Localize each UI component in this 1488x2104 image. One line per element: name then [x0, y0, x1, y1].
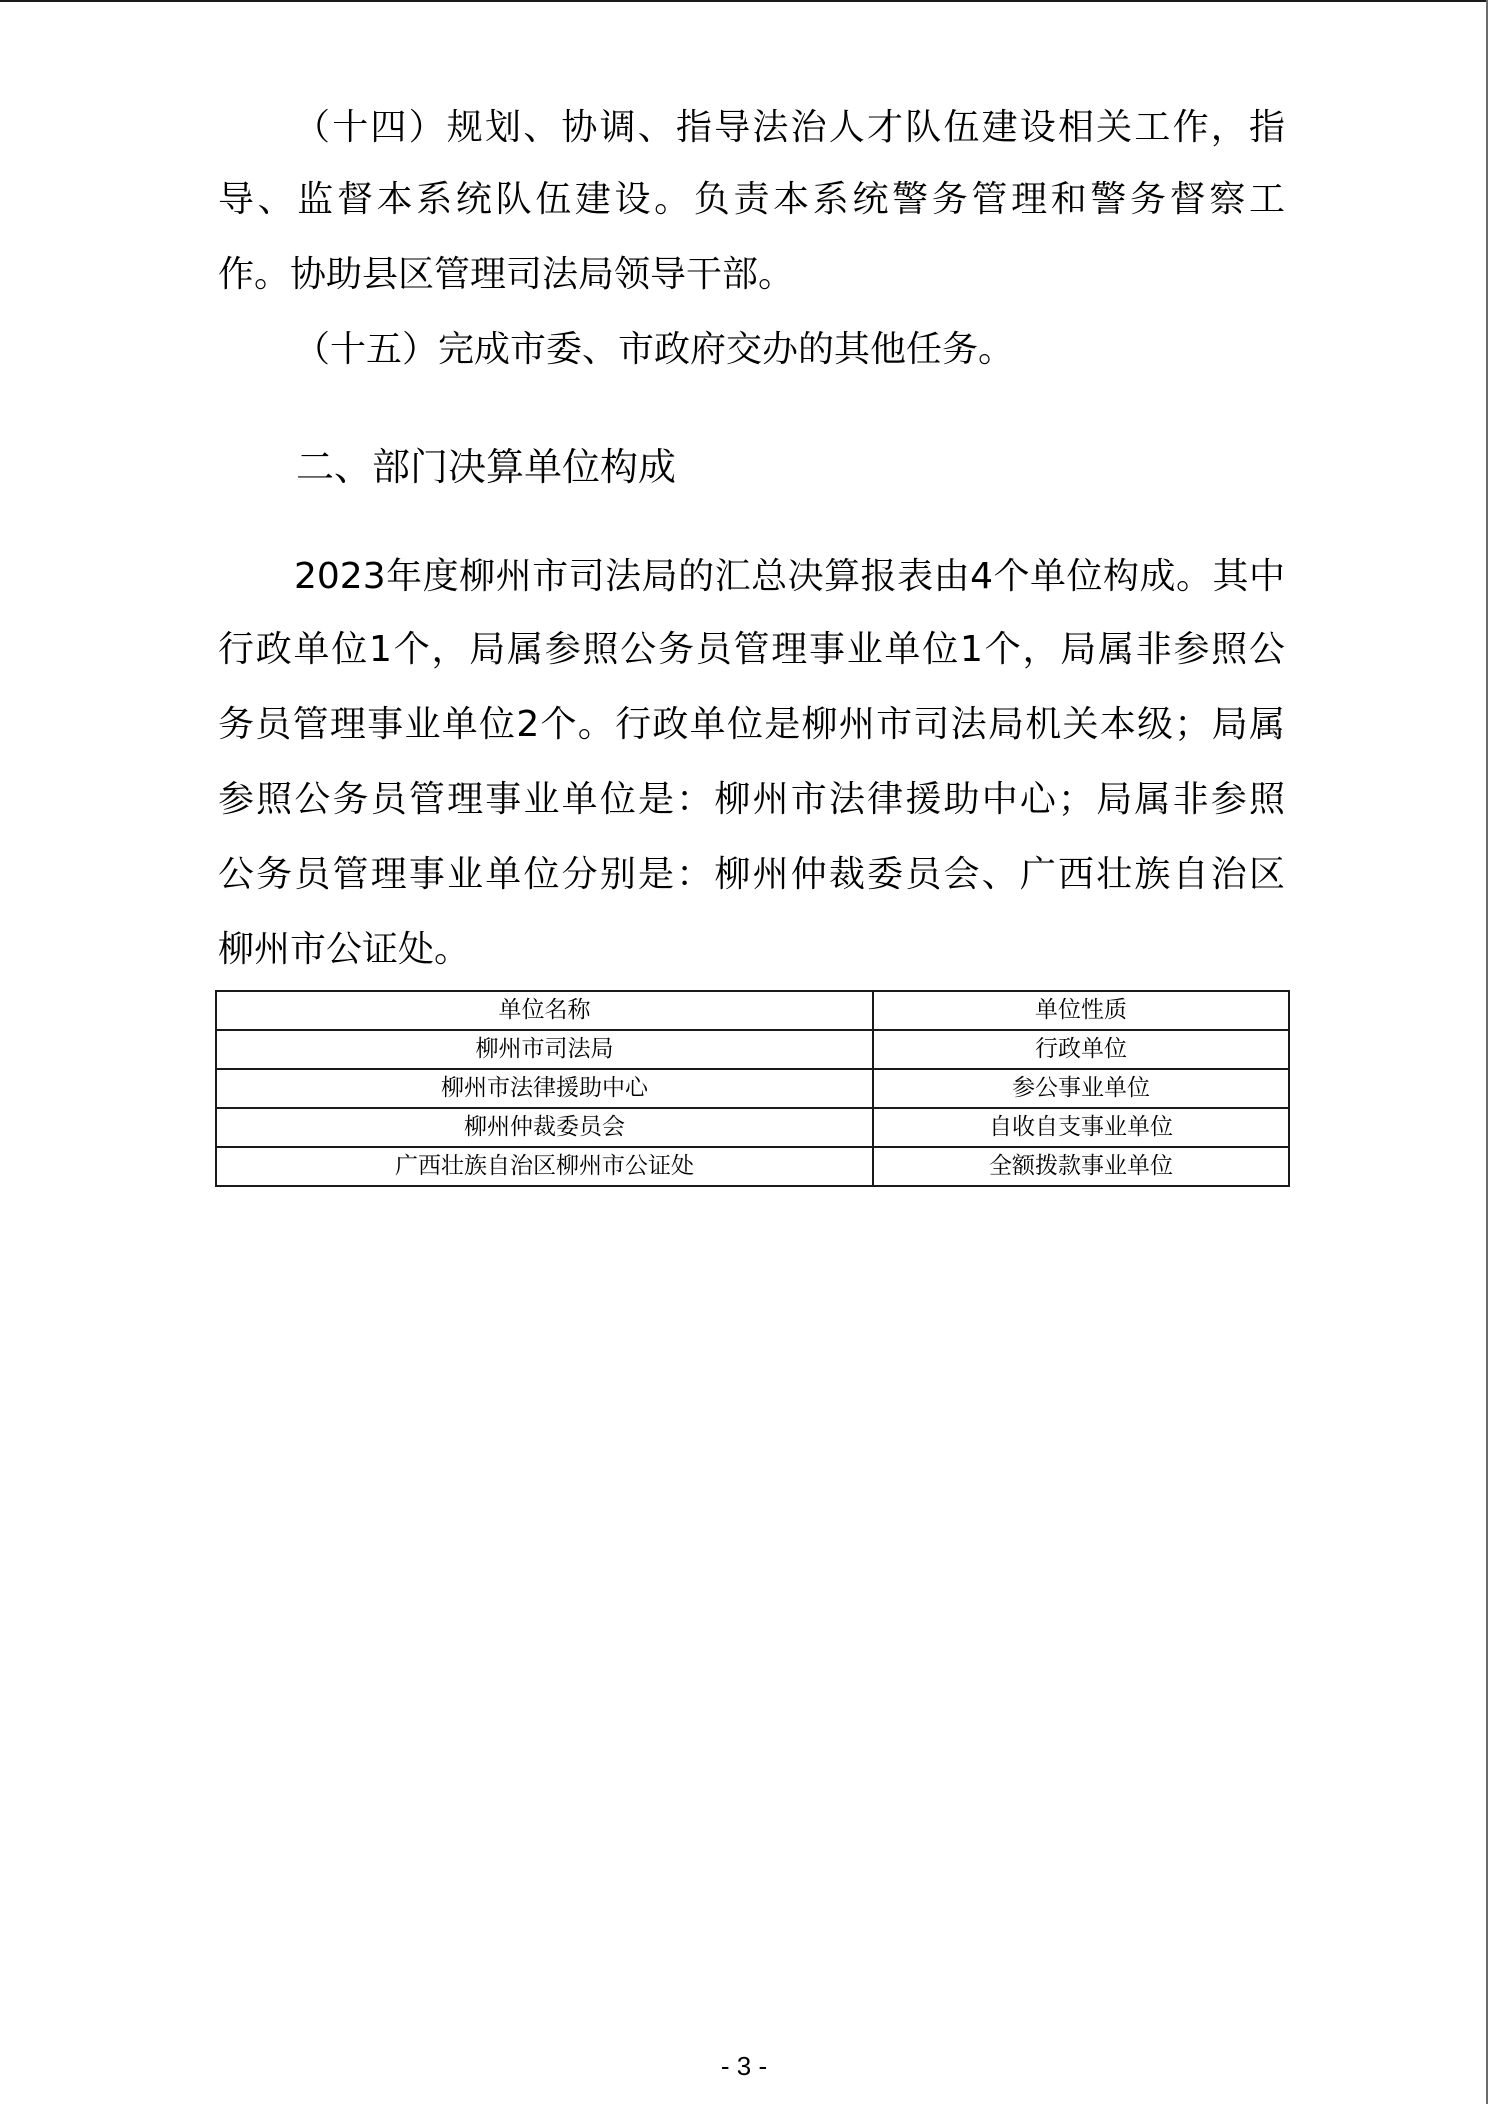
text-line: 务员管理事业单位2个。行政单位是柳州市司法局机关本级；局属	[218, 703, 1285, 747]
cell-unit-name: 广西壮族自治区柳州市公证处	[216, 1147, 873, 1186]
section-heading: 二、部门决算单位构成	[296, 444, 676, 490]
text-line: 柳州市公证处。	[218, 928, 1285, 972]
header-unit-name: 单位名称	[216, 991, 873, 1030]
table-row: 柳州仲裁委员会 自收自支事业单位	[216, 1108, 1289, 1147]
text-line: 行政单位1个，局属参照公务员管理事业单位1个，局属非参照公	[218, 628, 1285, 672]
table-header-row: 单位名称 单位性质	[216, 991, 1289, 1030]
table-row: 柳州市法律援助中心 参公事业单位	[216, 1069, 1289, 1108]
text-line: 参照公务员管理事业单位是：柳州市法律援助中心；局属非参照	[218, 778, 1285, 822]
cell-unit-type: 参公事业单位	[873, 1069, 1289, 1108]
header-unit-type: 单位性质	[873, 991, 1289, 1030]
text-line: （十五）完成市委、市政府交办的其他任务。	[294, 328, 1285, 372]
text-line: 2023年度柳州市司法局的汇总决算报表由4个单位构成。其中	[294, 555, 1285, 599]
units-table: 单位名称 单位性质 柳州市司法局 行政单位 柳州市法律援助中心 参公事业单位 柳…	[215, 990, 1290, 1187]
text-line: （十四）规划、协调、指导法治人才队伍建设相关工作，指	[294, 106, 1285, 150]
page-top-border	[0, 0, 1488, 2]
text-line: 作。协助县区管理司法局领导干部。	[218, 253, 1285, 297]
cell-unit-name: 柳州仲裁委员会	[216, 1108, 873, 1147]
text-line: 导、监督本系统队伍建设。负责本系统警务管理和警务督察工	[218, 178, 1285, 222]
table-row: 柳州市司法局 行政单位	[216, 1030, 1289, 1069]
table-row: 广西壮族自治区柳州市公证处 全额拨款事业单位	[216, 1147, 1289, 1186]
page-number: - 3 -	[0, 2050, 1488, 2082]
cell-unit-type: 自收自支事业单位	[873, 1108, 1289, 1147]
text-line: 公务员管理事业单位分别是：柳州仲裁委员会、广西壮族自治区	[218, 853, 1285, 897]
cell-unit-name: 柳州市司法局	[216, 1030, 873, 1069]
cell-unit-name: 柳州市法律援助中心	[216, 1069, 873, 1108]
cell-unit-type: 全额拨款事业单位	[873, 1147, 1289, 1186]
cell-unit-type: 行政单位	[873, 1030, 1289, 1069]
